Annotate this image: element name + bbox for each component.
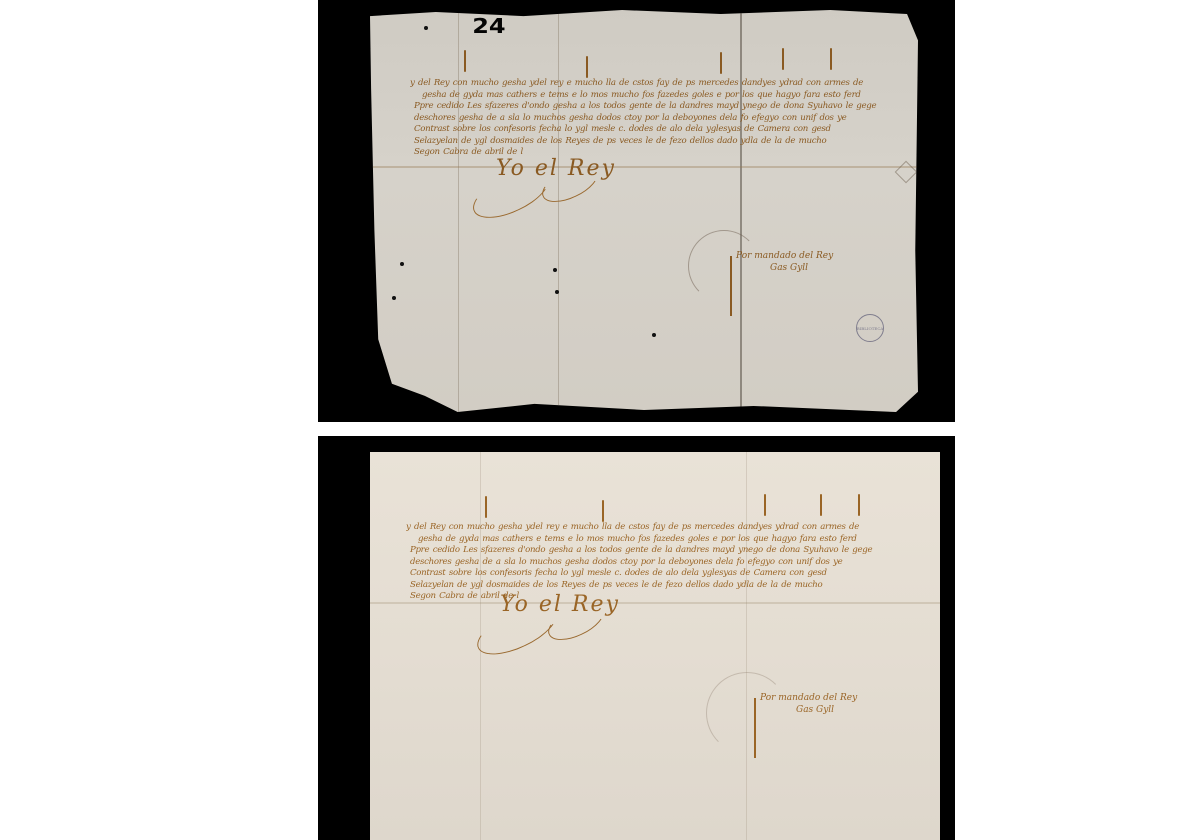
letter-ascender bbox=[858, 494, 860, 516]
secretary-line: Gas Gyll bbox=[730, 262, 833, 274]
aged-paper-sheet: 24 y del Rey con mucho gesha ydel rey e … bbox=[370, 8, 918, 412]
text-line: Selazyelan de ygl dosmaides de los Reyes… bbox=[410, 136, 880, 148]
worm-hole bbox=[652, 333, 656, 337]
letter-ascender bbox=[782, 48, 784, 70]
corner-mark bbox=[895, 161, 918, 184]
restored-paper-sheet: y del Rey con mucho gesha ydel rey e muc… bbox=[370, 452, 940, 840]
secretary-rule bbox=[730, 256, 732, 316]
text-line: gesha de gyda mas cathers e tems e lo mo… bbox=[406, 534, 911, 546]
letter-ascender bbox=[720, 52, 722, 74]
letter-ascender bbox=[764, 494, 766, 516]
fold-crease bbox=[558, 8, 559, 412]
fold-crease bbox=[746, 452, 747, 840]
secretary-line: Por mandado del Rey bbox=[754, 692, 857, 704]
secretary-line: Por mandado del Rey bbox=[730, 250, 833, 262]
text-line: deschores gesha de a sla lo muchos gesha… bbox=[410, 113, 880, 125]
manuscript-image-after: y del Rey con mucho gesha ydel rey e muc… bbox=[318, 436, 955, 840]
text-line: Segon Cabra de abril de l bbox=[406, 591, 911, 603]
fold-crease bbox=[740, 8, 742, 412]
secretary-line: Gas Gyll bbox=[754, 704, 857, 716]
letter-ascender bbox=[602, 500, 604, 522]
text-line: Ppre cedido Les sfazeres d'ondo gesha a … bbox=[410, 101, 880, 113]
text-line: Contrast sobre los confesoris fecha lo y… bbox=[406, 568, 911, 580]
letter-ascender bbox=[586, 56, 588, 78]
letter-body-text: y del Rey con mucho gesha ydel rey e muc… bbox=[406, 522, 911, 603]
text-line: gesha de gyda mas cathers e tems e lo mo… bbox=[410, 90, 880, 102]
worm-hole bbox=[555, 290, 559, 294]
letter-ascender bbox=[464, 50, 466, 72]
fold-crease bbox=[370, 166, 918, 168]
text-line: Segon Cabra de abril de l bbox=[410, 147, 880, 159]
text-line: Contrast sobre los confesoris fecha lo y… bbox=[410, 124, 880, 136]
worm-hole bbox=[400, 262, 404, 266]
worm-hole bbox=[553, 268, 557, 272]
secretary-rule bbox=[754, 698, 756, 758]
letter-ascender bbox=[830, 48, 832, 70]
text-line: y del Rey con mucho gesha ydel rey e muc… bbox=[410, 78, 880, 90]
text-line: y del Rey con mucho gesha ydel rey e muc… bbox=[406, 522, 911, 534]
catalog-number: 24 bbox=[472, 14, 505, 38]
text-line: deschores gesha de a sla lo muchos gesha… bbox=[406, 557, 911, 569]
fold-crease bbox=[458, 8, 459, 412]
letter-body-text: y del Rey con mucho gesha ydel rey e muc… bbox=[410, 78, 880, 159]
text-line: Ppre cedido Les sfazeres d'ondo gesha a … bbox=[406, 545, 911, 557]
text-line: Selazyelan de ygl dosmaides de los Reyes… bbox=[406, 580, 911, 592]
letter-ascender bbox=[820, 494, 822, 516]
worm-hole bbox=[424, 26, 428, 30]
manuscript-image-before: 24 y del Rey con mucho gesha ydel rey e … bbox=[318, 0, 955, 422]
secretary-note: Por mandado del Rey Gas Gyll bbox=[754, 692, 857, 716]
letter-ascender bbox=[485, 496, 487, 518]
worm-hole bbox=[392, 296, 396, 300]
library-stamp: BIBLIOTECA bbox=[856, 314, 884, 342]
secretary-note: Por mandado del Rey Gas Gyll bbox=[730, 250, 833, 274]
